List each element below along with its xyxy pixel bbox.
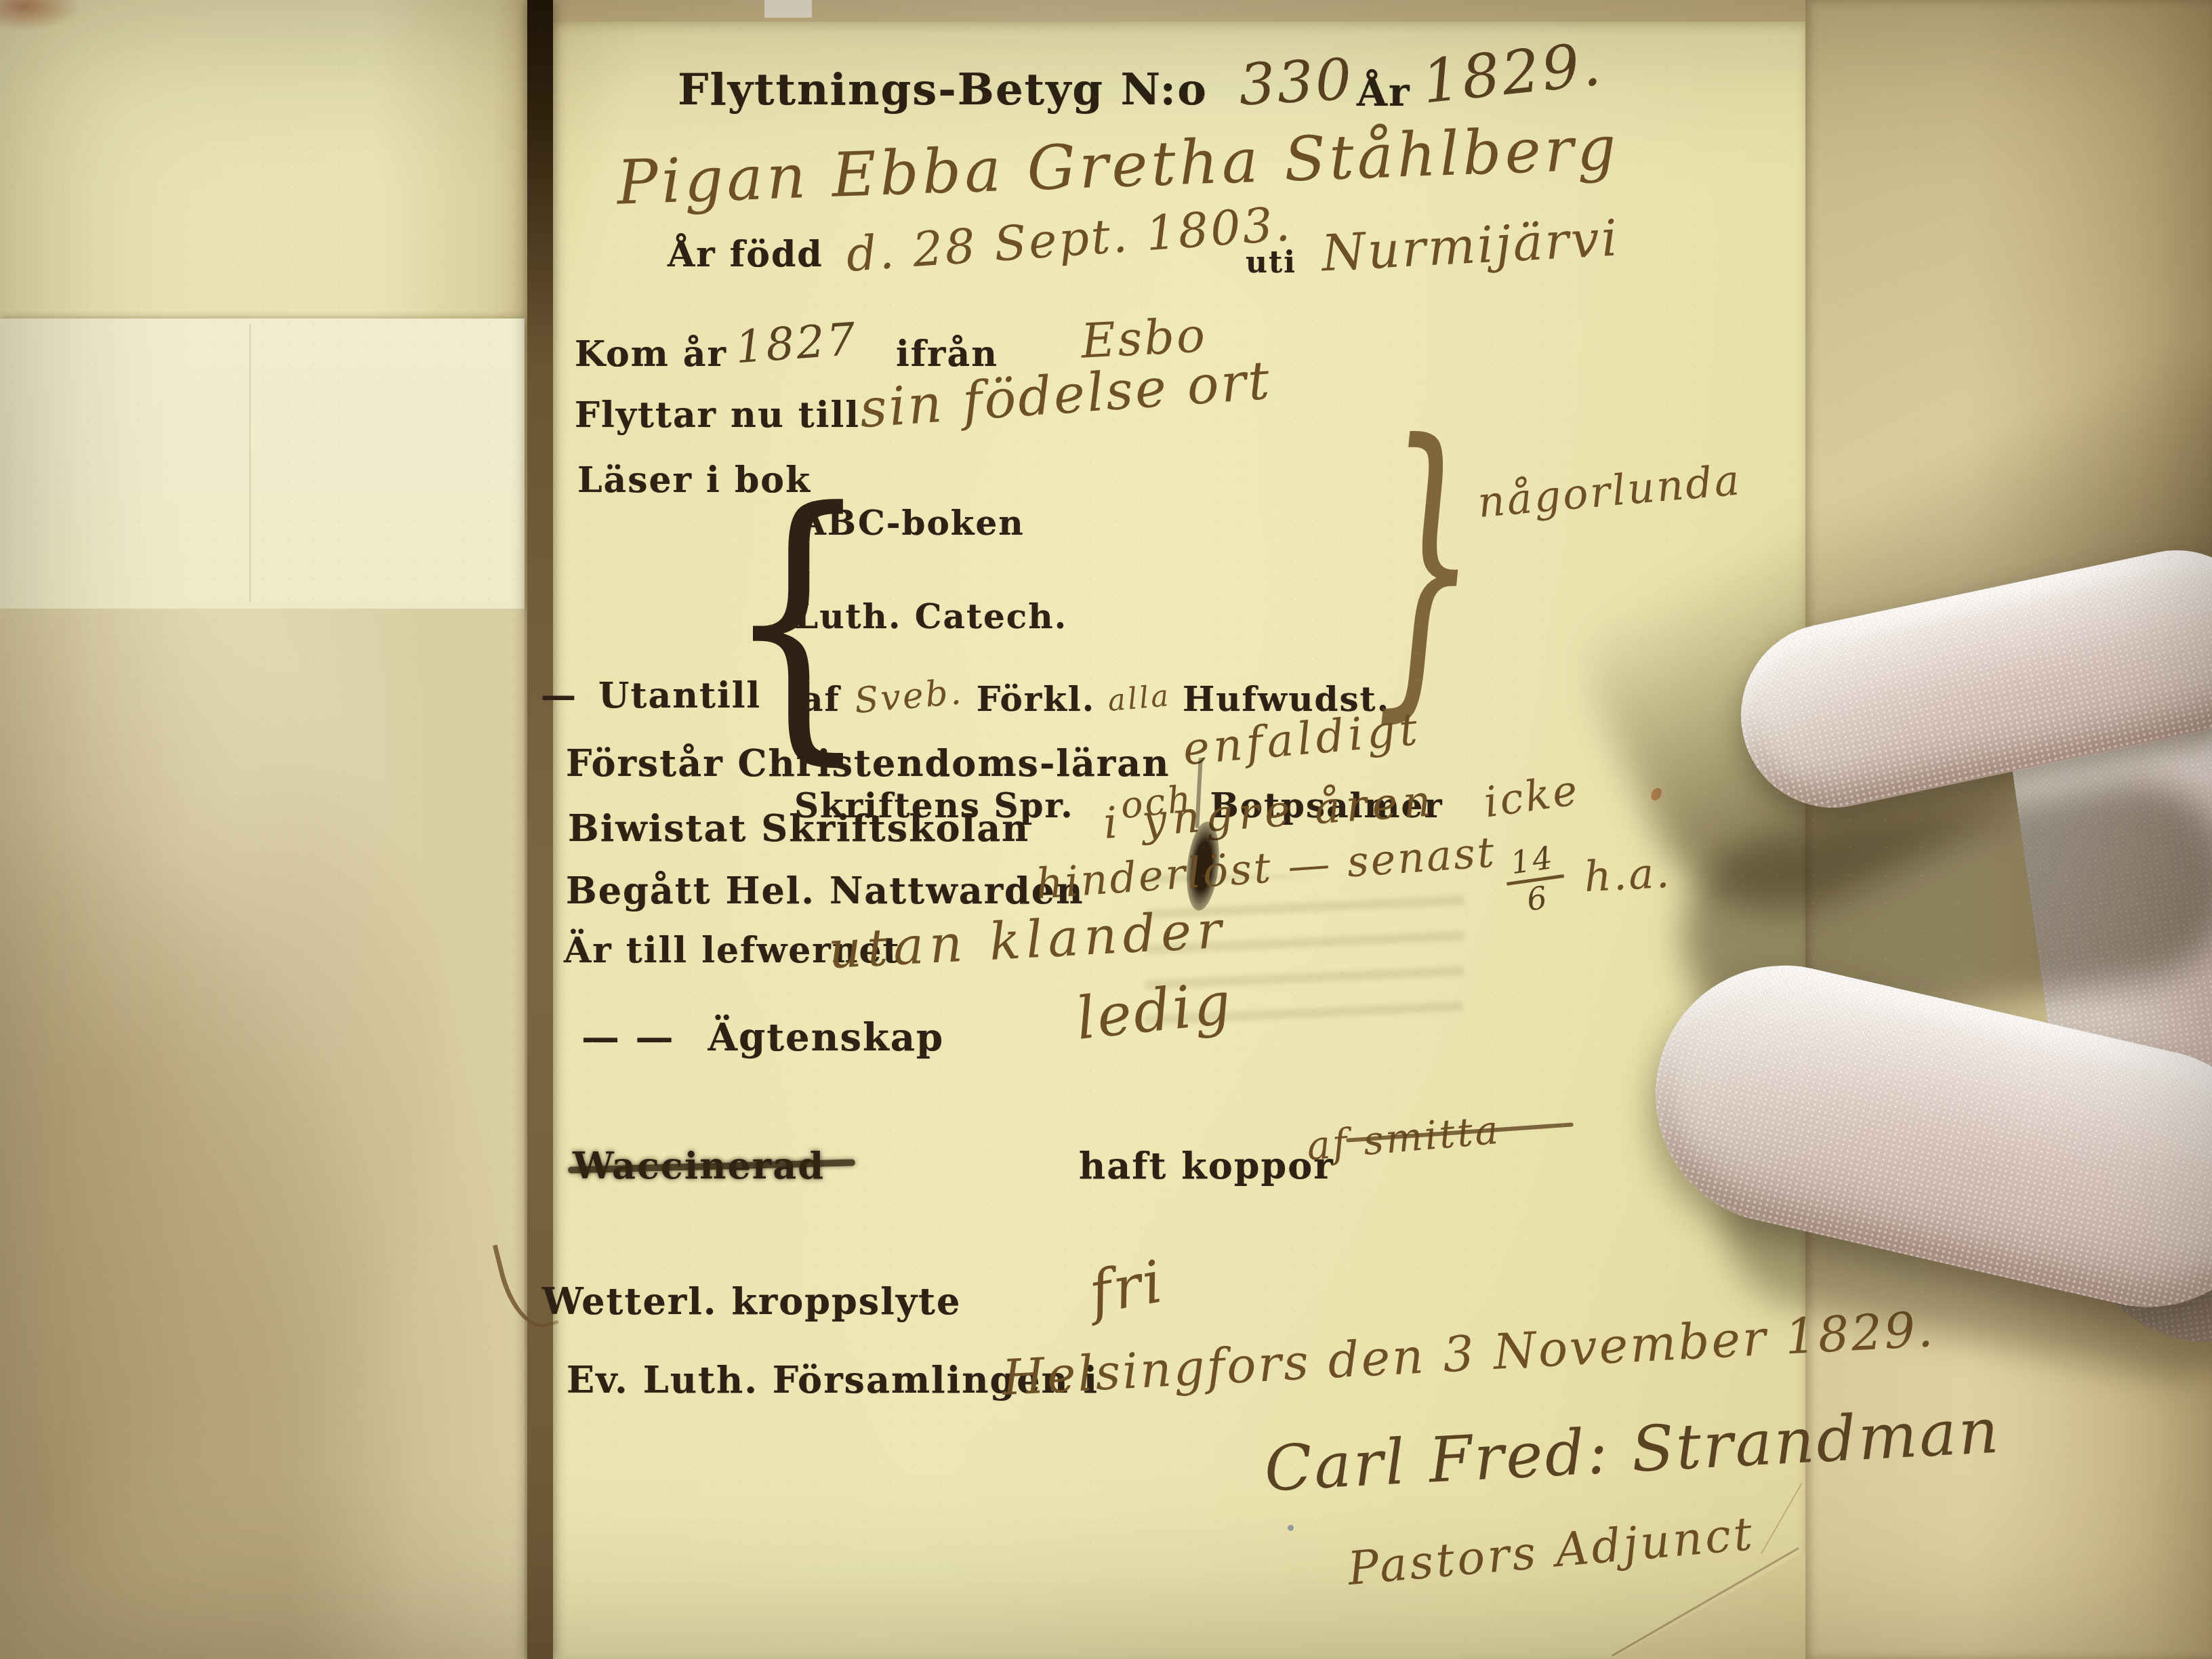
frac-denominator: 6 — [1525, 880, 1551, 916]
uti-label: uti — [1246, 245, 1296, 280]
biwistat-label: Biwistat Skriftskolan — [568, 806, 1029, 850]
item-luth: Luth. Catech. — [794, 596, 1067, 636]
item-abc: ABC-boken — [800, 503, 1025, 543]
agtenskap-dashes: — — — [581, 1015, 675, 1060]
paper-sliver — [764, 0, 812, 18]
kom-year: 1827 — [734, 313, 859, 373]
utantill-dash: — — [541, 675, 577, 716]
brace-right: } — [1376, 404, 1478, 722]
agtenskap-row: — — Ägtenskap — [581, 1015, 944, 1060]
sveb-value: Sveb. — [853, 672, 964, 722]
begatt-suffix: h.a. — [1583, 848, 1673, 902]
ifran-label: ifrån — [896, 333, 998, 375]
forstar-label: Förstår Christendoms-läran — [566, 741, 1170, 785]
photo-of-document: Flyttnings-Betyg N:o 330 År 1829. Pigan … — [0, 0, 2212, 1659]
blue-speck — [1288, 1525, 1294, 1531]
left-corner-stain — [0, 0, 81, 31]
kom-label: Kom år — [575, 333, 727, 375]
begatt-label: Begått Hel. Nattwarden — [566, 869, 1084, 912]
haft-koppor-label: haft koppor — [1079, 1144, 1334, 1187]
af-label: af — [801, 679, 840, 719]
wetterl-value: fri — [1084, 1248, 1169, 1327]
agtenskap-label: Ägtenskap — [708, 1015, 945, 1060]
forkl-label: Förkl. — [977, 679, 1096, 719]
spine-fold — [527, 0, 553, 1659]
left-lower-stained-page — [0, 609, 525, 1659]
left-sheet-crease — [249, 324, 251, 602]
title-year-label: År — [1357, 69, 1411, 115]
born-label: År född — [668, 234, 823, 275]
wetterl-label: Wetterl. kroppslyte — [542, 1279, 961, 1323]
frac-numerator: 14 — [1502, 841, 1563, 886]
alla-value: alla — [1107, 678, 1172, 718]
left-overlapping-sheet — [0, 319, 525, 609]
title-number: 330 — [1237, 46, 1355, 119]
begatt-fraction: 14 6 — [1502, 841, 1568, 918]
title-printed: Flyttnings-Betyg N:o — [678, 64, 1208, 115]
flyttar-label: Flyttar nu till — [575, 394, 860, 436]
